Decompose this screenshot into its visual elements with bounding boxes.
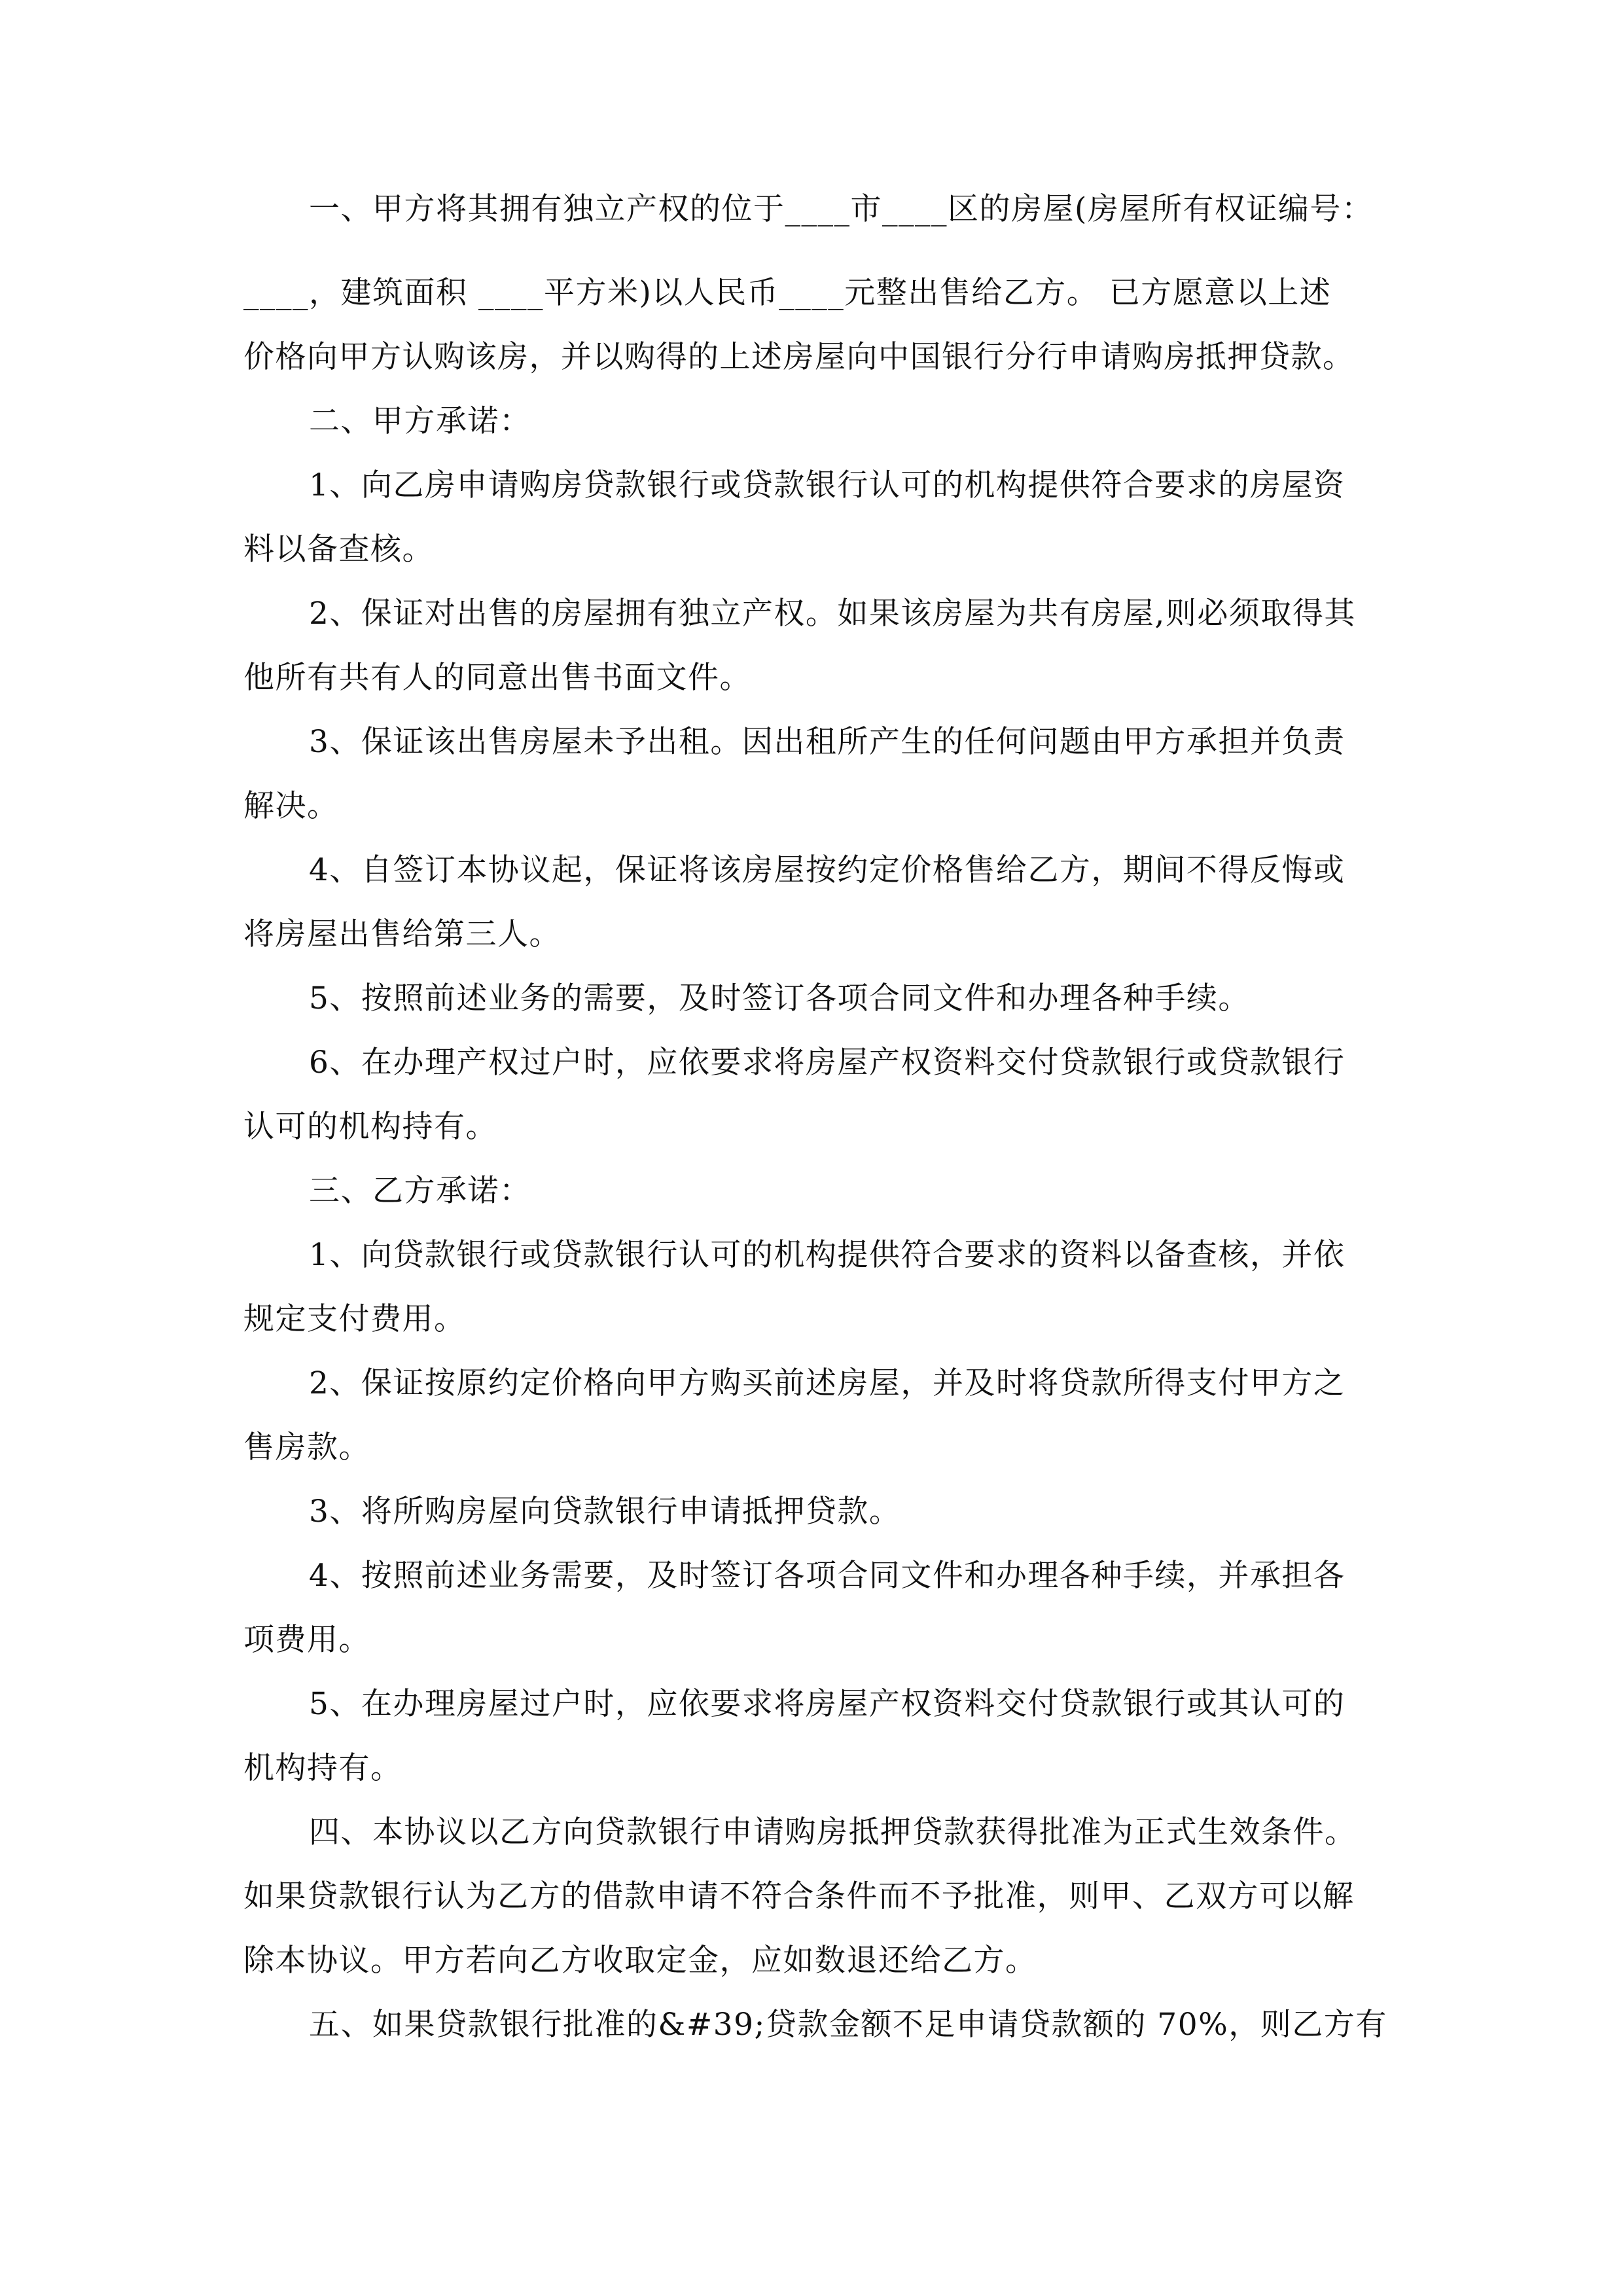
document-line: 他所有共有人的同意出售书面文件。 [243,658,751,698]
document-line: 料以备查核。 [243,530,434,569]
document-line: 认可的机构持有。 [243,1107,497,1147]
document-line: 解决。 [243,787,339,826]
document-line: 2、保证按原约定价格向甲方购买前述房屋，并及时将贷款所得支付甲方之 [309,1364,1345,1403]
document-line: 4、自签订本协议起，保证将该房屋按约定价格售给乙方，期间不得反悔或 [309,851,1345,890]
document-line: 规定支付费用。 [243,1300,466,1339]
document-line: ____，建筑面积 ____平方米)以人民币____元整出售给乙方。 已方愿意以… [243,274,1331,313]
document-line: 5、按照前述业务的需要，及时签订各项合同文件和办理各种手续。 [309,979,1250,1018]
document-line: 1、向贷款银行或贷款银行认可的机构提供符合要求的资料以备查核，并依 [309,1236,1345,1275]
document-line: 三、乙方承诺： [309,1172,531,1211]
document-line: 4、按照前述业务需要，及时签订各项合同文件和办理各种手续，并承担各 [309,1556,1345,1596]
document-line: 6、在办理产权过户时，应依要求将房屋产权资料交付贷款银行或贷款银行 [309,1043,1345,1083]
document-line: 四、本协议以乙方向贷款银行申请购房抵押贷款获得批准为正式生效条件。 [309,1813,1357,1852]
document-line: 价格向甲方认购该房，并以购得的上述房屋向中国银行分行申请购房抵押贷款。 [243,338,1355,377]
document-line: 项费用。 [243,1621,370,1660]
document-line: 2、保证对出售的房屋拥有独立产权。如果该房屋为共有房屋,则必须取得其 [309,594,1356,634]
document-line: 除本协议。甲方若向乙方收取定金，应如数退还给乙方。 [243,1941,1037,1981]
document-line: 售房款。 [243,1428,370,1467]
document-line: 将房屋出售给第三人。 [243,915,561,954]
document-line: 3、保证该出售房屋未予出租。因出租所产生的任何问题由甲方承担并负责 [309,723,1345,762]
document-line: 五、如果贷款银行批准的&#39;贷款金额不足申请贷款额的 70%，则乙方有 [309,2005,1387,2045]
document-line: 5、在办理房屋过户时，应依要求将房屋产权资料交付贷款银行或其认可的 [309,1685,1345,1724]
document-line: 机构持有。 [243,1749,402,1788]
document-line: 二、甲方承诺： [309,402,531,441]
document-line: 如果贷款银行认为乙方的借款申请不符合条件而不予批准，则甲、乙双方可以解 [243,1877,1355,1916]
document-line: 3、将所购房屋向贷款银行申请抵押贷款。 [309,1492,901,1532]
document-line: 1、向乙房申请购房贷款银行或贷款银行认可的机构提供符合要求的房屋资 [309,466,1345,505]
document-line: 一、甲方将其拥有独立产权的位于____市____区的房屋(房屋所有权证编号： [309,190,1373,229]
